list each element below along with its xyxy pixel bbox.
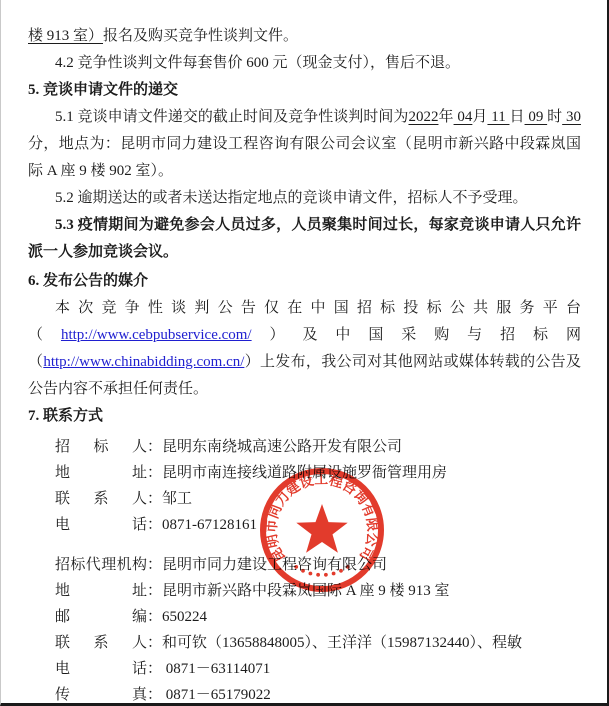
link-cebpubservice[interactable]: http://www.cebpubservice.com/ [61,327,252,343]
fill-year: 2022 [408,109,438,125]
contact-colon: ： [147,465,162,481]
contact-colon: ： [147,557,162,573]
contact-row-bidder-address: 地址：昆明市南连接线道路附属设施罗衙管理用房 [55,460,581,486]
contact-value: 0871-67128161 [162,517,257,533]
document-page: 楼 913 室）报名及购买竞争性谈判文件。 4.2 竞争性谈判文件每套售价 60… [0,0,609,706]
contact-colon: ： [147,583,162,599]
fill-hour: 09 [525,109,548,125]
para-4-2: 4.2 竞争性谈判文件每套售价 600 元（现金支付），售后不退。 [28,50,581,77]
continuation-text: 报名及购买竞争性谈判文件。 [103,28,298,44]
link-chinabidding[interactable]: http://www.chinabidding.com.cn/ [43,354,244,370]
contact-row-agency-phone: 电话： 0871－63114071 [55,656,581,682]
underlined-address-fragment: 楼 913 室） [28,28,103,44]
contact-row-bidder-person: 联系人：邹工 [55,486,581,512]
contact-value: 昆明市新兴路中段霖岚国际 A 座 9 楼 913 室 [162,583,450,599]
contact-label: 招标人 [55,434,147,460]
para-5-1-rest: 地点为：昆明市同力建设工程咨询有限公司会议室（昆明市新兴路中段霖岚国际 A 座 … [28,136,581,179]
contact-value: 0871－65179022 [162,687,271,703]
contact-row-agency-address: 地址：昆明市新兴路中段霖岚国际 A 座 9 楼 913 室 [55,578,581,604]
fill-minute: 30 [562,109,581,125]
unit-month: 月 [472,109,487,125]
para-continuation: 楼 913 室）报名及购买竞争性谈判文件。 [28,23,581,50]
contact-row-agency-fax: 传真： 0871－65179022 [55,682,581,706]
contact-label: 联系人 [55,486,147,512]
heading-section-5: 5. 竞谈申请文件的递交 [28,77,581,104]
contact-colon: ： [147,439,162,455]
contact-row-agency-name: 招标代理机构：昆明市同力建设工程咨询有限公司 [55,552,581,578]
fill-day: 11 [487,109,509,125]
agency-contact-block: 招标代理机构：昆明市同力建设工程咨询有限公司 地址：昆明市新兴路中段霖岚国际 A… [55,552,581,706]
bidder-contact-block: 招标人：昆明东南绕城高速公路开发有限公司 地址：昆明市南连接线道路附属设施罗衙管… [55,434,581,538]
contact-colon: ： [147,491,162,507]
para-5-1: 5.1 竞谈申请文件递交的截止时间及竞争性谈判时间为2022年 04月 11 日… [28,104,581,185]
contact-row-bidder-phone: 电话：0871-67128161 [55,512,581,538]
contact-value: 昆明市同力建设工程咨询有限公司 [162,557,387,573]
contact-label: 地址 [55,578,147,604]
contact-label: 联系人 [55,630,147,656]
contact-colon: ： [147,517,162,533]
contact-label: 电话 [55,656,147,682]
contact-label: 传真 [55,682,147,706]
heading-section-7: 7. 联系方式 [28,403,581,430]
contact-value: 昆明市南连接线道路附属设施罗衙管理用房 [162,465,447,481]
contact-label: 邮编 [55,604,147,630]
para-5-2: 5.2 逾期送达的或者未送达指定地点的竞谈申请文件，招标人不予受理。 [28,185,581,212]
contact-colon: ： [147,661,162,677]
para-5-3: 5.3 疫情期间为避免参会人员过多，人员聚集时间过长，每家竞谈申请人只允许派一人… [28,212,581,266]
unit-minute: 分， [28,136,59,152]
heading-section-6: 6. 发布公告的媒介 [28,268,581,295]
para-5-1-lead: 5.1 竞谈申请文件递交的截止时间及竞争性谈判时间为 [55,109,408,125]
contact-value: 昆明东南绕城高速公路开发有限公司 [162,439,402,455]
contact-label: 地址 [55,460,147,486]
contact-value: 邹工 [162,491,192,507]
para-6: 本次竞争性谈判公告仅在中国招标投标公共服务平台（http://www.cebpu… [28,295,581,403]
contact-colon: ： [147,687,162,703]
contact-label: 电话 [55,512,147,538]
contact-value: 和可钦（13658848005）、王洋洋（15987132440）、程敏 [162,635,522,651]
contact-value: 650224 [162,609,207,625]
contact-label: 招标代理机构 [55,552,147,578]
contact-row-agency-person: 联系人：和可钦（13658848005）、王洋洋（15987132440）、程敏 [55,630,581,656]
contact-colon: ： [147,635,162,651]
unit-year: 年 [438,109,453,125]
contact-row-bidder-name: 招标人：昆明东南绕城高速公路开发有限公司 [55,434,581,460]
contact-value: 0871－63114071 [162,661,270,677]
unit-hour: 时 [547,109,562,125]
contact-colon: ： [147,609,162,625]
unit-day: 日 [509,109,524,125]
contact-row-agency-zip: 邮编：650224 [55,604,581,630]
fill-month: 04 [454,109,473,125]
